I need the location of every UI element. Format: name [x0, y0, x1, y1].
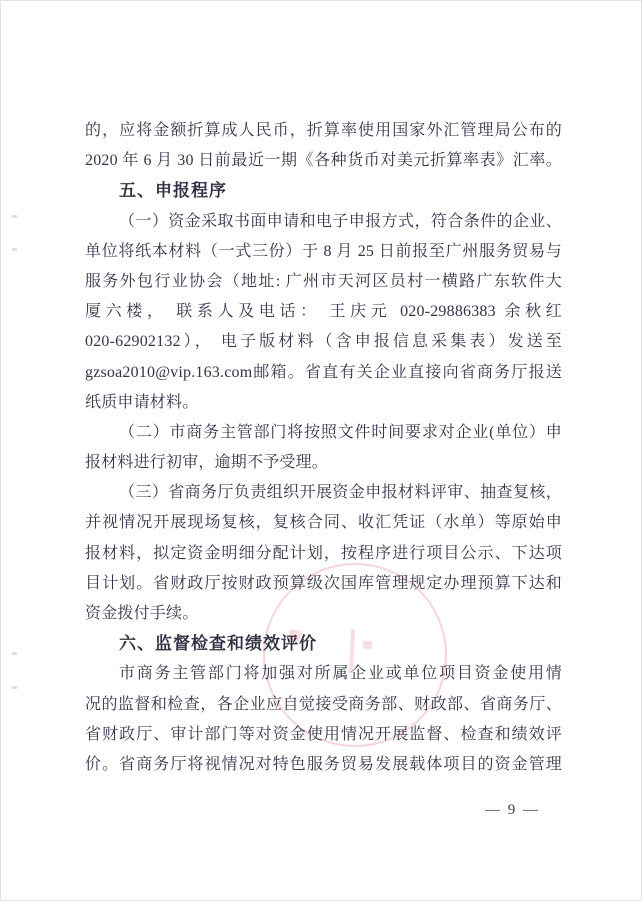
text-line: （三）省商务厅负责组织开展资金申报材料评审、抽查复核，: [85, 478, 562, 508]
text-line: 目计划。省财政厅按财政预算级次国库管理规定办理预算下达和: [85, 569, 562, 599]
section-heading: 五、申报程序: [85, 176, 562, 206]
text-line: （二）市商务主管部门将按照文件时间要求对企业(单位）申: [85, 418, 562, 448]
text-line: 市商务主管部门将加强对所属企业或单位项目资金使用情: [85, 659, 562, 689]
text-line: 服务外包行业协会（地址: 广州市天河区员村一横路广东软件大: [85, 267, 562, 297]
text-line: 资金拨付手续。: [85, 599, 562, 629]
text-line: 厦六楼， 联系人及电话： 王庆元 020-29886383 余秋红: [85, 297, 562, 327]
page-number: — 9 —: [485, 802, 565, 819]
text-line: 纸质申请材料。: [85, 388, 562, 418]
text-line: 单位将纸本材料（一式三份）于 8 月 25 日前报至广州服务贸易与: [85, 237, 562, 267]
scan-speck: [12, 248, 17, 251]
text-line: （一）资金采取书面申请和电子申报方式，符合条件的企业、: [85, 207, 562, 237]
document-body: 的，应将金额折算成人民币，折算率使用国家外汇管理局公布的 2020 年 6 月 …: [85, 116, 562, 780]
scan-speck: [12, 215, 17, 218]
text-line: gzsoa2010@vip.163.com邮箱。省直有关企业直接向省商务厅报送: [85, 358, 562, 388]
text-line: 况的监督和检查，各企业应自觉接受商务部、财政部、省商务厅、: [85, 690, 562, 720]
text-line: 省财政厅、审计部门等对资金使用情况开展监督、检查和绩效评: [85, 720, 562, 750]
text-line: 价。省商务厅将视情况对特色服务贸易发展载体项目的资金管理: [85, 750, 562, 780]
section-heading: 六、监督检查和绩效评价: [85, 629, 562, 659]
scan-speck: [12, 652, 17, 655]
text-line: 020-62902132）， 电子版材料（含申报信息采集表）发送至: [85, 327, 562, 357]
text-line: 的，应将金额折算成人民币，折算率使用国家外汇管理局公布的: [85, 116, 562, 146]
text-line: 报材料，拟定资金明细分配计划，按程序进行项目公示、下达项: [85, 539, 562, 569]
document-page: 的，应将金额折算成人民币，折算率使用国家外汇管理局公布的 2020 年 6 月 …: [0, 0, 642, 901]
text-line: 并视情况开展现场复核，复核合同、收汇凭证（水单）等原始申: [85, 508, 562, 538]
scan-speck: [12, 686, 17, 689]
text-line: 2020 年 6 月 30 日前最近一期《各种货币对美元折算率表》汇率。: [85, 146, 562, 176]
text-line: 报材料进行初审，逾期不予受理。: [85, 448, 562, 478]
